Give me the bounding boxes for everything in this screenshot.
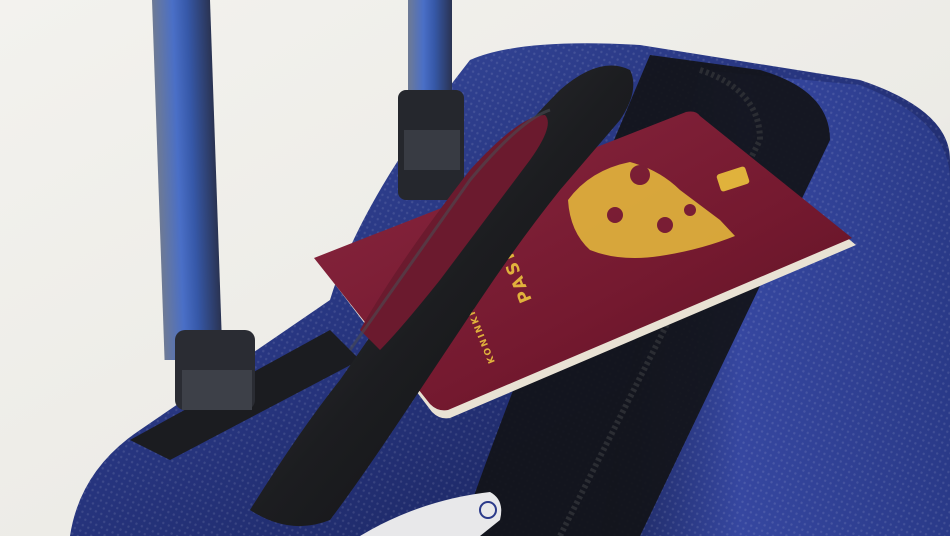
photo-illustration: PASPO KONINKRI <box>0 0 950 536</box>
photo-scene: PASPO KONINKRI Close-up photo of a burgu… <box>0 0 950 536</box>
